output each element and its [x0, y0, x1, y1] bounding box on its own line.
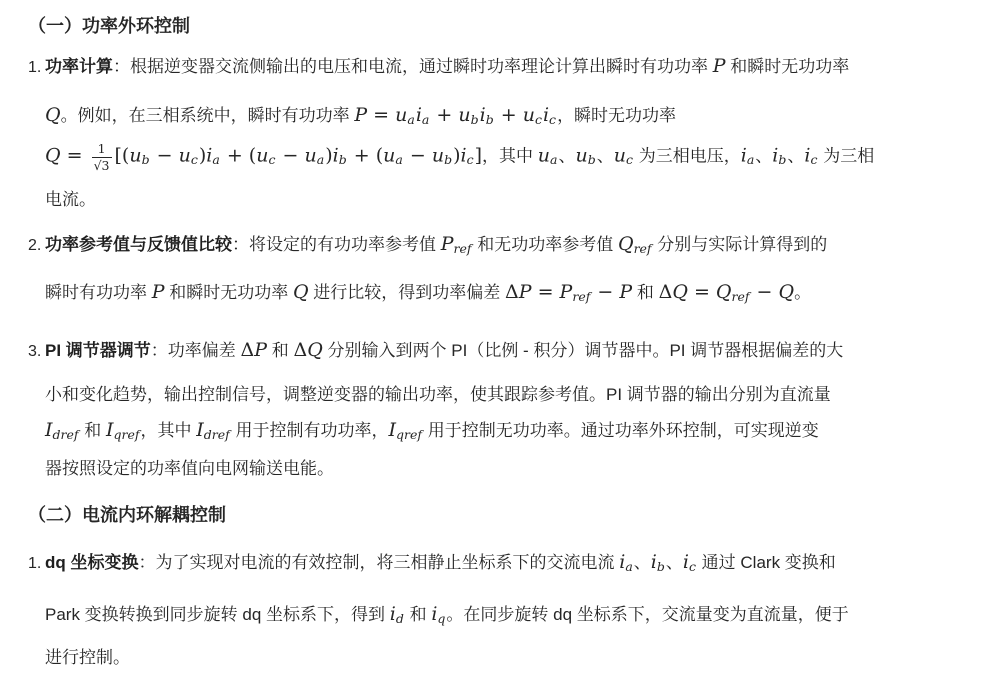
- math-subscript: b: [778, 152, 786, 167]
- text-run: 电流。: [45, 190, 96, 209]
- text-run: 、: [755, 146, 772, 165]
- math-variable: u: [523, 104, 535, 126]
- text-run: 和: [267, 341, 293, 360]
- continuation-line: 进行控制。: [45, 646, 984, 670]
- math-variable: i: [651, 551, 657, 573]
- text-run: 、: [787, 146, 804, 165]
- text-run: 和无功功率参考值: [473, 235, 618, 254]
- math-subscript: ref: [731, 289, 749, 304]
- math-subscript: c: [689, 559, 696, 574]
- text-run: 为三相电压，: [634, 146, 741, 165]
- math-subscript: dref: [204, 427, 230, 442]
- math-variable: i: [480, 104, 486, 126]
- text-run: ：功率偏差: [151, 341, 241, 360]
- list-item-line: 1.功率计算：根据逆变器交流侧输出的电压和电流，通过瞬时功率理论计算出瞬时有功功…: [28, 55, 984, 80]
- math-variable: Q: [716, 281, 732, 303]
- text-run: 和瞬时无功功率: [726, 57, 850, 76]
- text-run: ：根据逆变器交流侧输出的电压和电流，通过瞬时功率理论计算出瞬时有功功率: [113, 57, 713, 76]
- text-run: 小和变化趋势，输出控制信号，调整逆变器的输出功率，使其跟踪参考值。PI 调节器的…: [45, 385, 831, 404]
- text-run: ：为了实现对电流的有效控制，将三相静止坐标系下的交流电流: [139, 553, 620, 572]
- text-run: 用于控制有功功率，: [231, 421, 389, 440]
- text-run: ，其中: [141, 421, 197, 440]
- math-subscript: b: [486, 112, 494, 127]
- section-heading: （一）功率外环控制: [28, 14, 984, 38]
- math-operator: Δ: [294, 339, 308, 361]
- math-subscript: a: [395, 152, 402, 167]
- math-operator: =: [367, 104, 395, 126]
- math-subscript: ref: [634, 241, 652, 256]
- math-subscript: a: [747, 152, 754, 167]
- text-run: Park 变换转换到同步旋转 dq 坐标系下，得到: [45, 605, 390, 624]
- text-run: ，其中: [482, 146, 538, 165]
- math-operator: −: [750, 281, 778, 303]
- text-run: 和: [405, 605, 431, 624]
- list-item-line: 1.dq 坐标变换：为了实现对电流的有效控制，将三相静止坐标系下的交流电流 ia…: [28, 551, 984, 576]
- math-operator: ): [325, 144, 332, 166]
- text-run: 为三相: [818, 146, 874, 165]
- math-variable: u: [395, 104, 407, 126]
- text-run: 进行比较，得到功率偏差: [309, 283, 505, 302]
- math-operator: =: [688, 281, 716, 303]
- math-operator: −: [151, 144, 179, 166]
- math-subscript: d: [396, 611, 404, 626]
- text-run: 通过 Clark 变换和: [697, 553, 836, 572]
- math-operator: =: [61, 144, 89, 166]
- math-operator: −: [591, 281, 619, 303]
- section-heading: （二）电流内环解耦控制: [28, 503, 984, 527]
- math-subscript: a: [625, 559, 632, 574]
- text-run: 分别与实际计算得到的: [653, 235, 828, 254]
- math-operator: Δ: [241, 339, 255, 361]
- list-number: 1.: [28, 56, 45, 80]
- math-variable: u: [179, 144, 191, 166]
- list-number: 3.: [28, 340, 45, 364]
- text-run: ，瞬时无功功率: [557, 106, 676, 125]
- math-subscript: c: [191, 152, 198, 167]
- math-subscript: q: [437, 611, 445, 626]
- continuation-line: 器按照设定的功率值向电网输送电能。: [45, 457, 984, 481]
- math-variable: P: [152, 281, 165, 303]
- math-variable: u: [432, 144, 444, 166]
- list-number: 1.: [28, 552, 45, 576]
- math-subscript: qref: [114, 427, 140, 442]
- text-run: （二）电流内环解耦控制: [28, 505, 226, 525]
- text-run: 。例如，在三相系统中，瞬时有功功率: [61, 106, 355, 125]
- math-subscript: b: [142, 152, 150, 167]
- bold-run: 功率计算: [45, 57, 113, 76]
- bold-run: PI 调节器调节: [45, 341, 151, 360]
- math-variable: Q: [45, 104, 61, 126]
- text-run: 和瞬时无功功率: [165, 283, 293, 302]
- bold-run: dq 坐标变换: [45, 553, 139, 572]
- math-variable: P: [354, 104, 367, 126]
- math-variable: i: [333, 144, 339, 166]
- math-variable: u: [256, 144, 268, 166]
- math-operator: ): [453, 144, 460, 166]
- continuation-line: 瞬时有功功率 P 和瞬时无功功率 Q 进行比较，得到功率偏差 ΔP = Pref…: [45, 281, 984, 305]
- text-run: 器按照设定的功率值向电网输送电能。: [45, 459, 334, 478]
- continuation-line: Idref 和 Iqref，其中 Idref 用于控制有功功率，Iqref 用于…: [45, 419, 984, 443]
- text-run: 和: [632, 283, 658, 302]
- text-run: ：将设定的有功功率参考值: [232, 235, 441, 254]
- math-variable: u: [575, 144, 587, 166]
- math-subscript: a: [422, 112, 429, 127]
- list-item-line: 2.功率参考值与反馈值比较：将设定的有功功率参考值 Pref 和无功功率参考值 …: [28, 233, 984, 258]
- math-subscript: c: [535, 112, 542, 127]
- math-subscript: c: [810, 152, 817, 167]
- continuation-line: Q。例如，在三相系统中，瞬时有功功率 P = uaia + ubib + uci…: [45, 104, 984, 128]
- math-variable: P: [254, 339, 267, 361]
- list-item-line: 3.PI 调节器调节：功率偏差 ΔP 和 ΔQ 分别输入到两个 PI（比例 - …: [28, 339, 984, 364]
- math-subscript: a: [317, 152, 324, 167]
- text-run: 瞬时有功功率: [45, 283, 152, 302]
- math-variable: Q: [618, 233, 634, 255]
- math-variable: I: [45, 419, 53, 441]
- math-operator: −: [277, 144, 305, 166]
- math-variable: P: [619, 281, 632, 303]
- math-operator: +: [495, 104, 523, 126]
- math-operator: + (: [221, 144, 256, 166]
- fraction-numerator: 1: [92, 142, 112, 157]
- math-variable: Q: [672, 281, 688, 303]
- math-variable: u: [538, 144, 550, 166]
- text-run: （一）功率外环控制: [28, 16, 190, 36]
- math-subscript: b: [471, 112, 479, 127]
- math-subscript: ref: [572, 289, 590, 304]
- math-variable: i: [741, 144, 747, 166]
- continuation-line: 小和变化趋势，输出控制信号，调整逆变器的输出功率，使其跟踪参考值。PI 调节器的…: [45, 383, 984, 407]
- continuation-line: Park 变换转换到同步旋转 dq 坐标系下，得到 id 和 iq。在同步旋转 …: [45, 603, 984, 627]
- fraction: 1√3: [92, 142, 112, 174]
- math-variable: P: [519, 281, 532, 303]
- text-run: 。在同步旋转 dq 坐标系下，交流量变为直流量，便于: [446, 605, 848, 624]
- math-operator: −: [404, 144, 432, 166]
- math-variable: u: [458, 104, 470, 126]
- math-operator: +: [430, 104, 458, 126]
- math-variable: i: [416, 104, 422, 126]
- math-variable: P: [441, 233, 454, 255]
- text-run: 、: [558, 146, 575, 165]
- math-subscript: a: [550, 152, 557, 167]
- math-operator: + (: [348, 144, 383, 166]
- math-subscript: b: [444, 152, 452, 167]
- sqrt-sign: √: [94, 158, 102, 173]
- math-variable: u: [614, 144, 626, 166]
- math-variable: Q: [45, 144, 61, 166]
- math-subscript: c: [268, 152, 275, 167]
- math-variable: u: [383, 144, 395, 166]
- math-subscript: c: [549, 112, 556, 127]
- math-operator: [(: [115, 144, 130, 166]
- continuation-line: Q = 1√3[(ub − uc)ia + (uc − ua)ib + (ua …: [45, 142, 984, 174]
- text-run: 、: [597, 146, 614, 165]
- math-operator: Δ: [659, 281, 673, 303]
- text-run: 、: [666, 553, 683, 572]
- math-subscript: b: [588, 152, 596, 167]
- math-subscript: b: [339, 152, 347, 167]
- math-subscript: qref: [396, 427, 422, 442]
- text-content: （一）功率外环控制1.功率计算：根据逆变器交流侧输出的电压和电流，通过瞬时功率理…: [28, 14, 984, 670]
- text-run: 、: [634, 553, 651, 572]
- math-subscript: c: [467, 152, 474, 167]
- math-variable: P: [560, 281, 573, 303]
- math-variable: i: [390, 603, 396, 625]
- bold-run: 功率参考值与反馈值比较: [45, 235, 232, 254]
- math-operator: =: [532, 281, 560, 303]
- math-operator: ]: [475, 144, 482, 166]
- continuation-line: 电流。: [45, 188, 984, 212]
- text-run: 分别输入到两个 PI（比例 - 积分）调节器中。PI 调节器根据偏差的大: [323, 341, 843, 360]
- fraction-denominator: √3: [92, 157, 112, 173]
- math-subscript: b: [657, 559, 665, 574]
- math-subscript: dref: [53, 427, 79, 442]
- math-subscript: a: [407, 112, 414, 127]
- text-run: 用于控制无功功率。通过功率外环控制，可实现逆变: [423, 421, 819, 440]
- math-subscript: ref: [454, 241, 472, 256]
- text-run: 。: [794, 283, 811, 302]
- math-variable: u: [129, 144, 141, 166]
- text-run: 和: [80, 421, 106, 440]
- math-variable: i: [461, 144, 467, 166]
- math-variable: Q: [778, 281, 794, 303]
- math-subscript: a: [212, 152, 219, 167]
- math-variable: I: [106, 419, 114, 441]
- math-operator: Δ: [505, 281, 519, 303]
- math-variable: Q: [293, 281, 309, 303]
- math-variable: u: [305, 144, 317, 166]
- math-variable: I: [389, 419, 397, 441]
- sqrt-radicand: 3: [102, 157, 110, 173]
- math-subscript: c: [626, 152, 633, 167]
- text-run: 进行控制。: [45, 648, 130, 667]
- math-variable: I: [196, 419, 204, 441]
- math-variable: P: [713, 55, 726, 77]
- math-variable: Q: [307, 339, 323, 361]
- document-body: （一）功率外环控制1.功率计算：根据逆变器交流侧输出的电压和电流，通过瞬时功率理…: [0, 0, 1002, 670]
- list-number: 2.: [28, 234, 45, 258]
